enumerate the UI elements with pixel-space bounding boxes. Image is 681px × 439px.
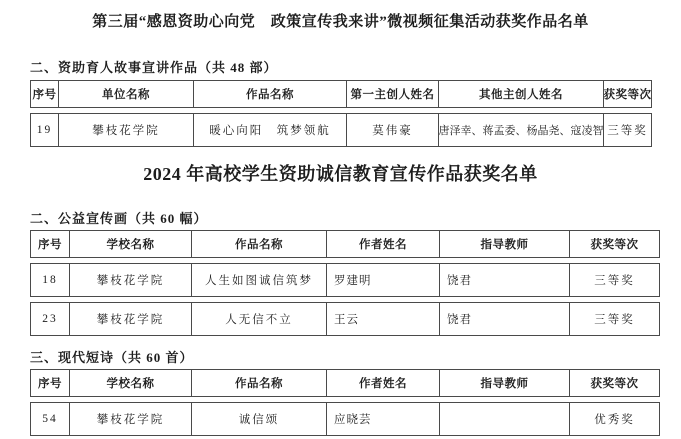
data-cell-author: 应晓芸 — [326, 403, 439, 435]
data-cell-school: 攀枝花学院 — [69, 303, 191, 335]
data-cell-school: 攀枝花学院 — [69, 264, 191, 296]
section3-heading: 三、现代短诗（共 60 首） — [30, 349, 681, 366]
data-cell-author: 王云 — [326, 303, 439, 335]
table2-header-row: 序号 学校名称 作品名称 作者姓名 指导教师 获奖等次 — [30, 230, 660, 258]
table-modern-poems: 序号 学校名称 作品名称 作者姓名 指导教师 获奖等次 54 攀枝花学院 诚信颂… — [30, 369, 681, 436]
data-cell-work: 诚信颂 — [191, 403, 326, 435]
data-cell-work: 人生如图诚信筑梦 — [191, 264, 326, 296]
data-cell-work: 暖心向阳 筑梦领航 — [193, 114, 346, 146]
main-title-integrity-education: 2024 年高校学生资助诚信教育宣传作品获奖名单 — [0, 162, 681, 186]
data-cell-author: 罗建明 — [326, 264, 439, 296]
section2-heading: 二、公益宣传画（共 60 幅） — [30, 210, 681, 227]
header-cell-author: 作者姓名 — [326, 231, 439, 257]
document-page: 第三届“感恩资助心向党 政策宣传我来讲”微视频征集活动获奖作品名单 二、资助育人… — [0, 0, 681, 439]
data-cell-advisor — [439, 403, 569, 435]
table2-data-row: 18 攀枝花学院 人生如图诚信筑梦 罗建明 饶君 三等奖 — [30, 263, 660, 297]
header-cell-school: 学校名称 — [69, 370, 191, 396]
header-cell-work: 作品名称 — [191, 231, 326, 257]
data-cell-advisor: 饶君 — [439, 303, 569, 335]
data-cell-seq: 19 — [31, 114, 58, 146]
data-cell-award: 三等奖 — [569, 303, 659, 335]
data-cell-school: 攀枝花学院 — [69, 403, 191, 435]
data-cell-seq: 18 — [31, 264, 69, 296]
data-cell-work: 人无信不立 — [191, 303, 326, 335]
header-cell-advisor: 指导教师 — [439, 370, 569, 396]
header-cell-school: 学校名称 — [69, 231, 191, 257]
table-story-works: 序号 单位名称 作品名称 第一主创人姓名 其他主创人姓名 获奖等次 19 攀枝花… — [30, 80, 681, 147]
header-cell-seq: 序号 — [31, 81, 58, 107]
header-cell-advisor: 指导教师 — [439, 231, 569, 257]
data-cell-unit: 攀枝花学院 — [58, 114, 193, 146]
header-cell-first-creator: 第一主创人姓名 — [346, 81, 438, 107]
header-cell-seq: 序号 — [31, 370, 69, 396]
data-cell-other-creators: 唐泽幸、蒋孟委、杨晶尧、寇凌智 — [438, 114, 603, 146]
data-cell-seq: 23 — [31, 303, 69, 335]
data-cell-seq: 54 — [31, 403, 69, 435]
header-cell-other-creators: 其他主创人姓名 — [438, 81, 603, 107]
table3-data-row: 54 攀枝花学院 诚信颂 应晓芸 优秀奖 — [30, 402, 660, 436]
header-cell-work: 作品名称 — [191, 370, 326, 396]
section1-heading: 二、资助育人故事宣讲作品（共 48 部） — [30, 59, 681, 76]
header-cell-author: 作者姓名 — [326, 370, 439, 396]
data-cell-award: 三等奖 — [569, 264, 659, 296]
data-cell-first-creator: 莫伟豪 — [346, 114, 438, 146]
header-cell-seq: 序号 — [31, 231, 69, 257]
table1-header-row: 序号 单位名称 作品名称 第一主创人姓名 其他主创人姓名 获奖等次 — [30, 80, 652, 108]
data-cell-award: 三等奖 — [603, 114, 651, 146]
header-cell-unit: 单位名称 — [58, 81, 193, 107]
header-cell-award: 获奖等次 — [569, 231, 659, 257]
table1-data-row: 19 攀枝花学院 暖心向阳 筑梦领航 莫伟豪 唐泽幸、蒋孟委、杨晶尧、寇凌智 三… — [30, 113, 652, 147]
data-cell-advisor: 饶君 — [439, 264, 569, 296]
data-cell-award: 优秀奖 — [569, 403, 659, 435]
table2-data-row: 23 攀枝花学院 人无信不立 王云 饶君 三等奖 — [30, 302, 660, 336]
header-cell-award: 获奖等次 — [569, 370, 659, 396]
header-cell-work: 作品名称 — [193, 81, 346, 107]
table-public-posters: 序号 学校名称 作品名称 作者姓名 指导教师 获奖等次 18 攀枝花学院 人生如… — [30, 230, 681, 336]
table3-header-row: 序号 学校名称 作品名称 作者姓名 指导教师 获奖等次 — [30, 369, 660, 397]
header-cell-award: 获奖等次 — [603, 81, 651, 107]
main-title-video-contest: 第三届“感恩资助心向党 政策宣传我来讲”微视频征集活动获奖作品名单 — [0, 0, 681, 32]
